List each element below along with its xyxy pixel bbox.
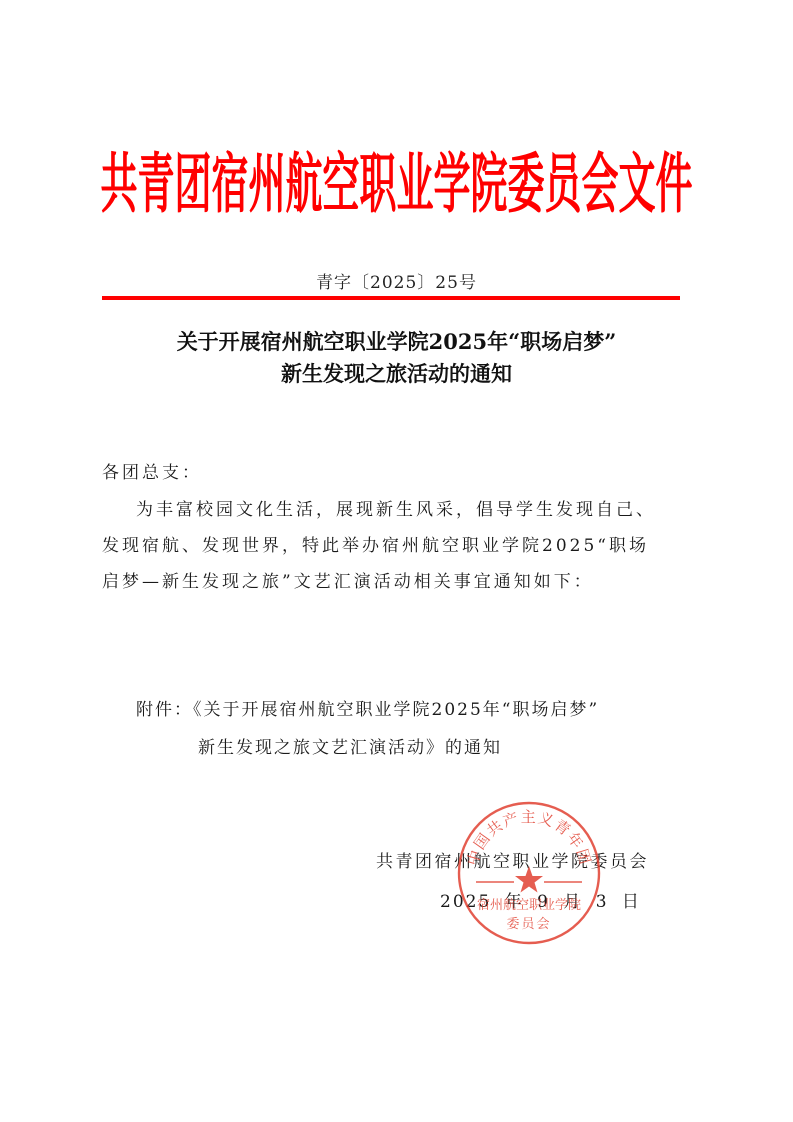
masthead-heading: 共青团宿州航空职业学院委员会文件 [0, 150, 793, 220]
body-paragraph: 为丰富校园文化生活，展现新生风采，倡导学生发现自己、 发现宿航、发现世界，特此举… [102, 492, 722, 600]
salutation: 各团总支： [102, 458, 722, 483]
title-line-2: 新生发现之旅活动的通知 [0, 358, 793, 390]
red-divider-rule [102, 296, 680, 300]
document-number: 青字〔2025〕25号 [0, 268, 793, 293]
star-icon [515, 866, 543, 893]
stamp-bottom-text: 委员会 [506, 917, 551, 932]
body-line-1: 为丰富校园文化生活，展现新生风采，倡导学生发现自己、 [102, 492, 722, 528]
body-line-2: 发现宿航、发现世界，特此举办宿州航空职业学院2025“职场 [102, 528, 722, 564]
attachment-line-1: 附件：《关于开展宿州航空职业学院2025年“职场启梦” [136, 691, 599, 729]
attachment-note: 附件：《关于开展宿州航空职业学院2025年“职场启梦” 新生发现之旅文艺汇演活动… [136, 691, 599, 767]
stamp-middle-text: 宿州航空职业学院 [477, 897, 581, 913]
official-seal-stamp: 中国共产主义青年团 宿州航空职业学院 委员会 [456, 800, 602, 946]
attachment-line-2: 新生发现之旅文艺汇演活动》的通知 [136, 729, 599, 767]
title-line-1: 关于开展宿州航空职业学院2025年“职场启梦” [0, 326, 793, 358]
document-title: 关于开展宿州航空职业学院2025年“职场启梦” 新生发现之旅活动的通知 [0, 326, 793, 390]
stamp-arc-text: 中国共产主义青年团 [463, 808, 594, 868]
document-page: 共青团宿州航空职业学院委员会文件 青字〔2025〕25号 关于开展宿州航空职业学… [0, 0, 793, 1122]
body-line-3: 启梦—新生发现之旅”文艺汇演活动相关事宜通知如下： [102, 564, 722, 600]
